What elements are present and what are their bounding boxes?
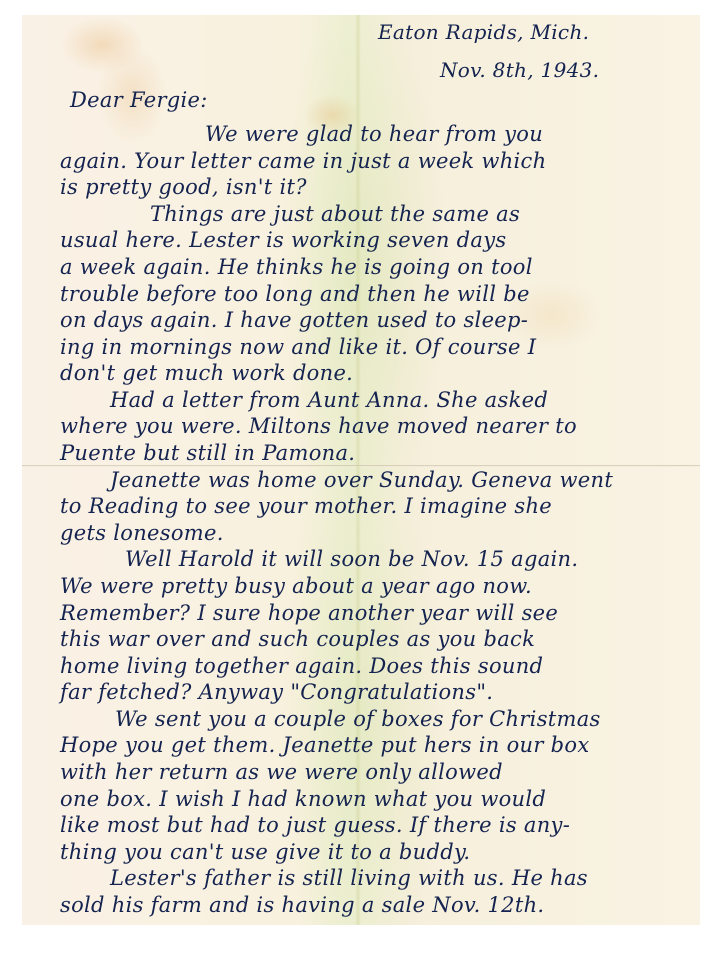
letter-line: sold his farm and is having a sale Nov. …: [60, 893, 544, 917]
letter-line: Well Harold it will soon be Nov. 15 agai…: [125, 547, 578, 571]
letter-line: a week again. He thinks he is going on t…: [60, 255, 533, 279]
letter-line: usual here. Lester is working seven days: [60, 228, 506, 252]
letter-line: Remember? I sure hope another year will …: [60, 601, 558, 625]
letter-line: one box. I wish I had known what you wou…: [60, 787, 546, 811]
letter-line: Jeanette was home over Sunday. Geneva we…: [110, 468, 613, 492]
letter-line: far fetched? Anyway "Congratulations".: [60, 680, 493, 704]
letter-line: to Reading to see your mother. I imagine…: [60, 494, 552, 518]
letter-line: don't get much work done.: [60, 361, 353, 385]
letter-line: gets lonesome.: [60, 521, 224, 545]
letter-line: with her return as we were only allowed: [60, 760, 503, 784]
letter-line: Puente but still in Pamona.: [60, 441, 355, 465]
letter-line: this war over and such couples as you ba…: [60, 627, 535, 651]
letter-line: We were glad to hear from you: [205, 122, 543, 146]
letter-line: on days again. I have gotten used to sle…: [60, 308, 528, 332]
letter-line: home living together again. Does this so…: [60, 654, 543, 678]
letter-place: Eaton Rapids, Mich.: [378, 20, 589, 44]
letter-line: Things are just about the same as: [150, 202, 520, 226]
letter-line: where you were. Miltons have moved neare…: [60, 414, 577, 438]
letter-line: We sent you a couple of boxes for Christ…: [115, 707, 601, 731]
letter-line: thing you can't use give it to a buddy.: [60, 840, 470, 864]
letter-line: again. Your letter came in just a week w…: [60, 149, 546, 173]
letter-line: Hope you get them. Jeanette put hers in …: [60, 733, 590, 757]
letter-line: is pretty good, isn't it?: [60, 175, 307, 199]
letter-line: Lester's father is still living with us.…: [110, 866, 588, 890]
letter-line: ing in mornings now and like it. Of cour…: [60, 335, 536, 359]
letter-date: Nov. 8th, 1943.: [440, 58, 599, 82]
letter-line: We were pretty busy about a year ago now…: [60, 574, 532, 598]
letter-line: Had a letter from Aunt Anna. She asked: [110, 388, 548, 412]
letter-line: like most but had to just guess. If ther…: [60, 813, 570, 837]
letter-line: trouble before too long and then he will…: [60, 282, 530, 306]
letter-salutation: Dear Fergie:: [70, 88, 208, 112]
